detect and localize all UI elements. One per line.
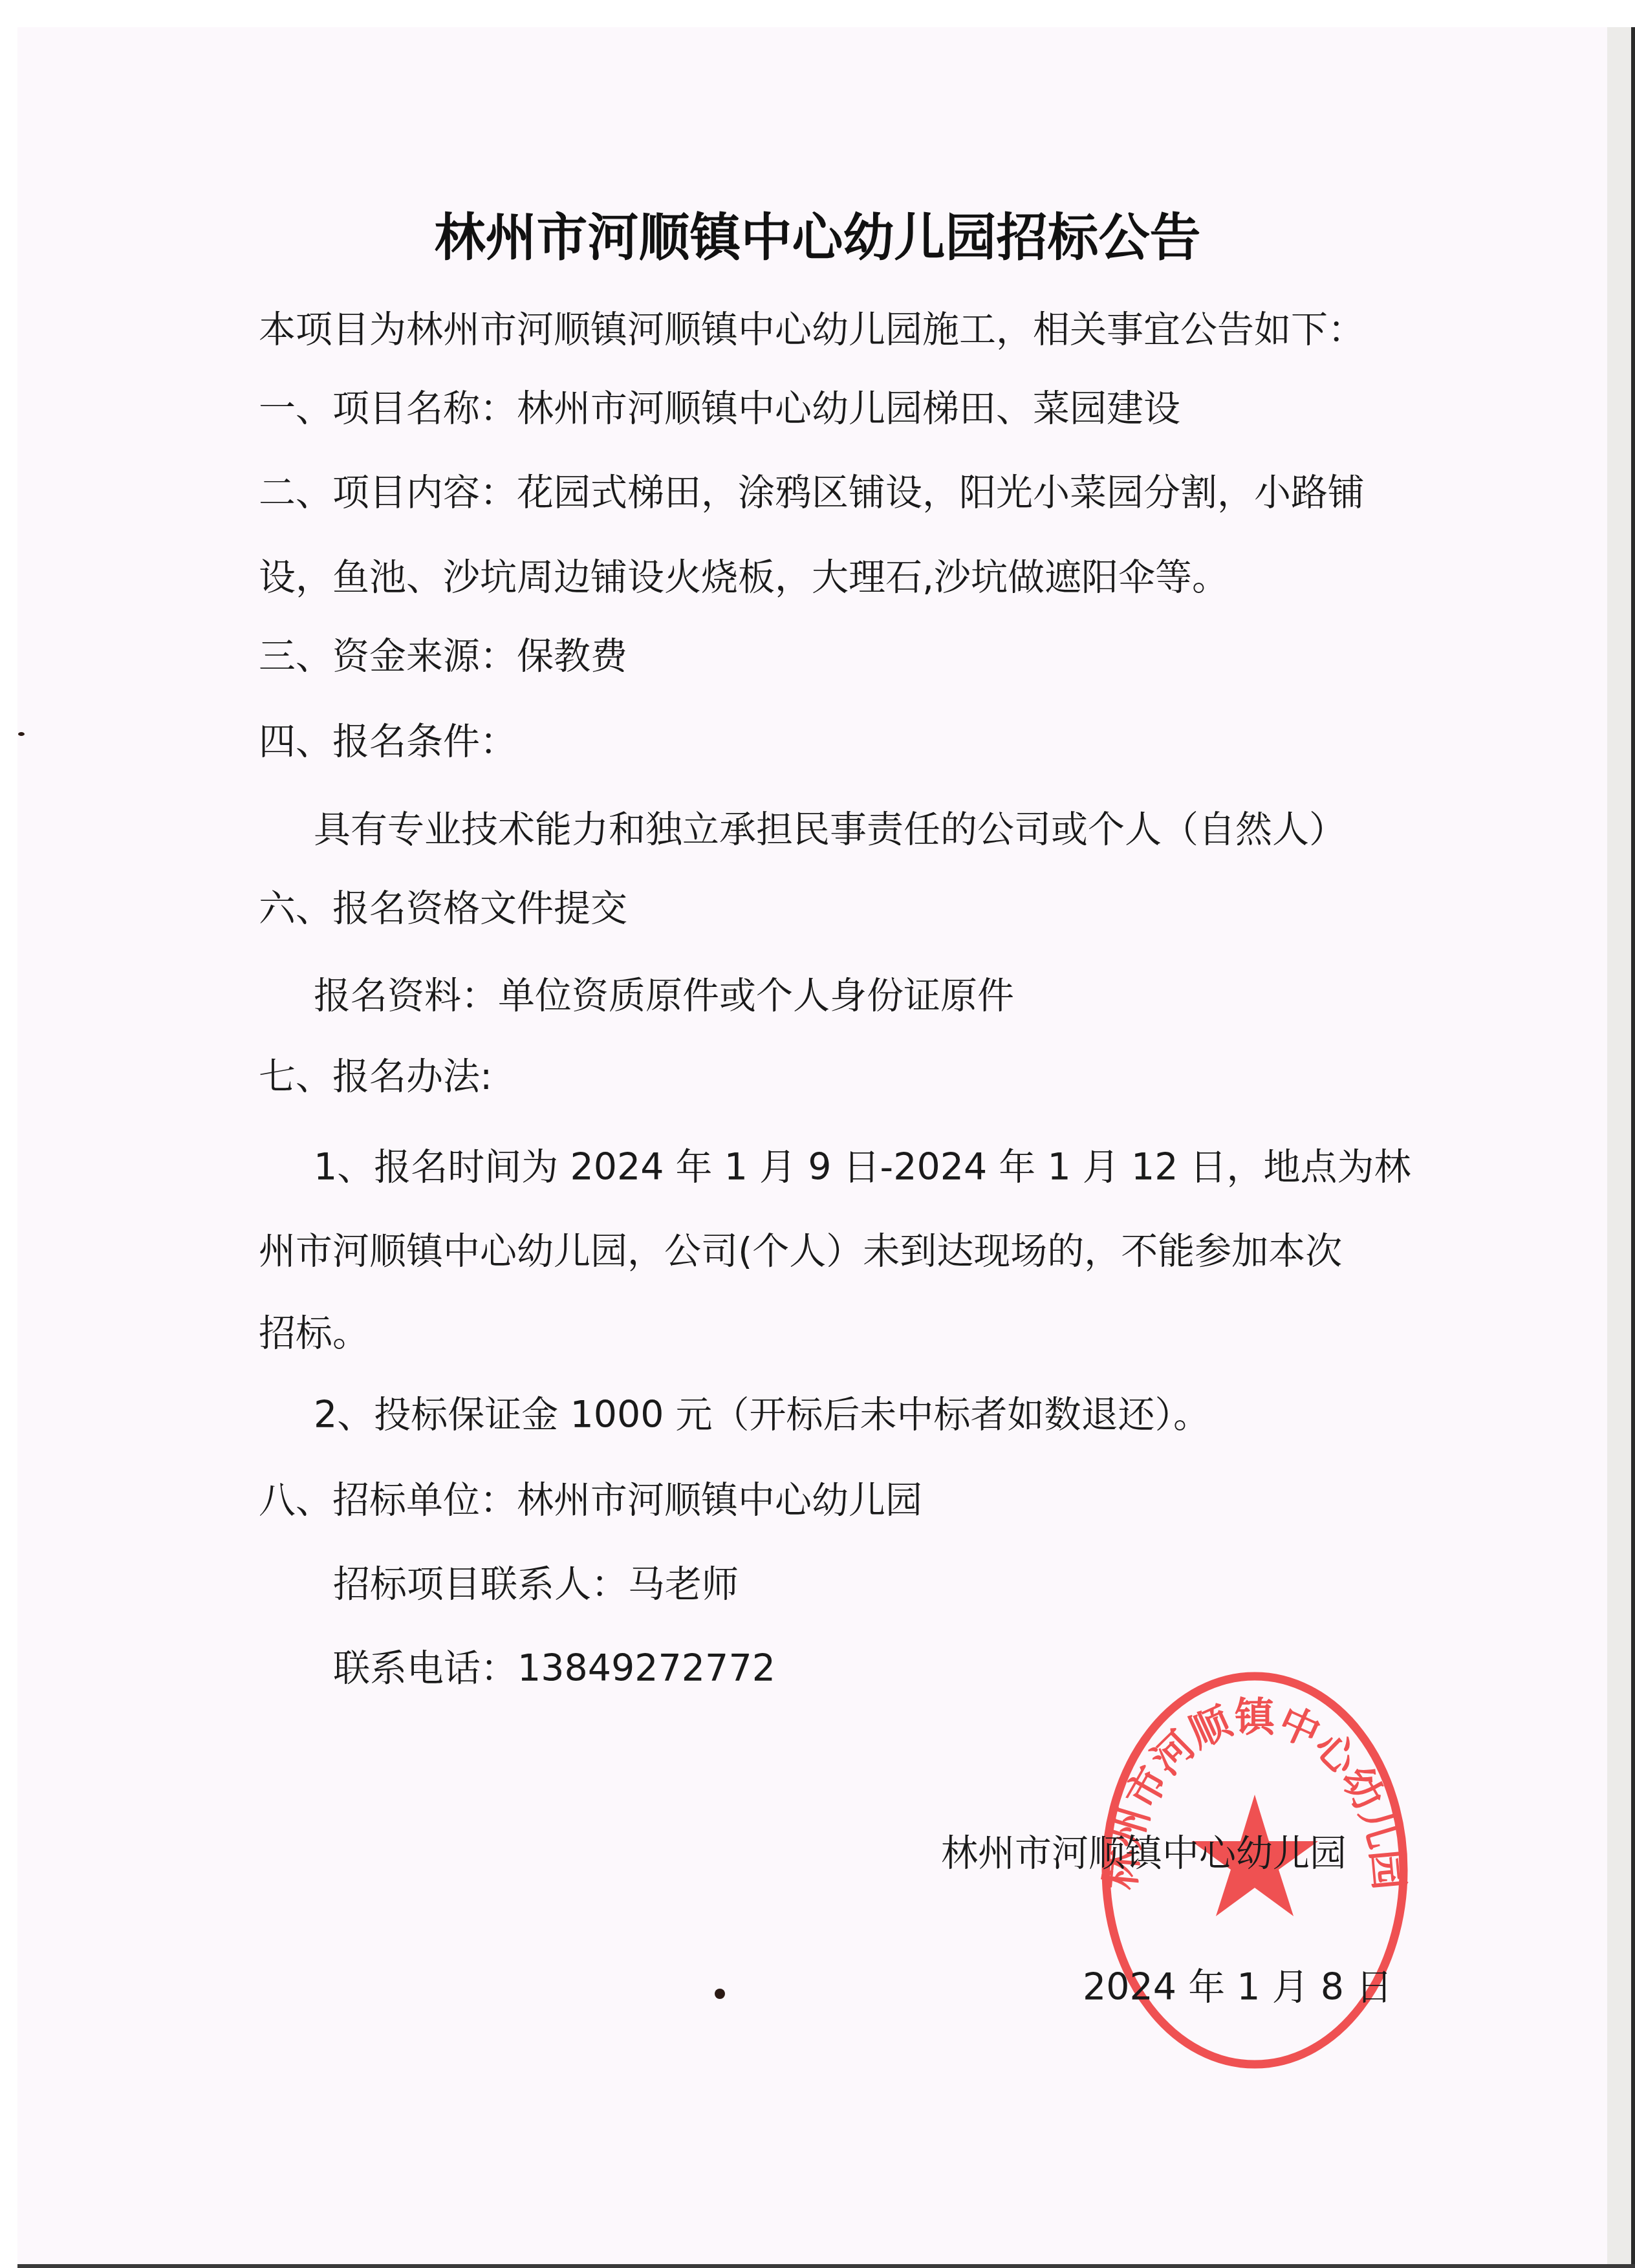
section-2-project-content-line-2: 设，鱼池、沙坑周边铺设火烧板，大理石,沙坑做遮阳伞等。 (259, 555, 1229, 600)
section-7-registration-method: 七、报名办法: (259, 1054, 492, 1099)
section-2-project-content-line-1: 二、项目内容：花园式梯田，涂鸦区铺设，阳光小菜园分割，小路铺 (259, 470, 1365, 515)
contact-person: 招标项目联系人：马老师 (333, 1562, 739, 1607)
section-1-project-name: 一、项目名称：林州市河顺镇中心幼儿园梯田、菜园建设 (259, 386, 1180, 431)
section-4-conditions-body: 具有专业技术能力和独立承担民事责任的公司或个人（自然人） (314, 807, 1346, 852)
signature-date: 2024 年 1 月 8 日 (1083, 1965, 1392, 2010)
scan-edge-line (1631, 27, 1635, 2268)
section-6-docs-body: 报名资料：单位资质原件或个人身份证原件 (314, 973, 1014, 1019)
signature-organization: 林州市河顺镇中心幼儿园 (941, 1831, 1347, 1876)
scan-edge-bottom (17, 2264, 1635, 2268)
section-7-item-1-line-3: 招标。 (259, 1311, 369, 1356)
document-title: 林州市河顺镇中心幼儿园招标公告 (0, 206, 1635, 270)
section-4-registration-conditions: 四、报名条件： (259, 719, 517, 764)
section-7-item-1-line-2: 州市河顺镇中心幼儿园，公司(个人）未到达现场的，不能参加本次 (259, 1229, 1342, 1274)
section-3-funding-source: 三、资金来源：保教费 (259, 634, 627, 679)
contact-phone: 联系电话：13849272772 (333, 1646, 775, 1691)
scan-speck (715, 1989, 725, 1999)
section-8-tendering-unit: 八、招标单位：林州市河顺镇中心幼儿园 (259, 1478, 922, 1523)
intro-paragraph: 本项目为林州市河顺镇河顺镇中心幼儿园施工，相关事宜公告如下： (259, 307, 1365, 352)
section-7-item-2-deposit: 2、投标保证金 1000 元（开标后未中标者如数退还）。 (314, 1392, 1210, 1438)
scan-edge-strip (1607, 27, 1631, 2265)
section-7-item-1-line-1: 1、报名时间为 2024 年 1 月 9 日-2024 年 1 月 12 日，地… (314, 1145, 1411, 1190)
scan-speck (18, 732, 25, 736)
section-6-qualification-docs: 六、报名资格文件提交 (259, 886, 627, 931)
